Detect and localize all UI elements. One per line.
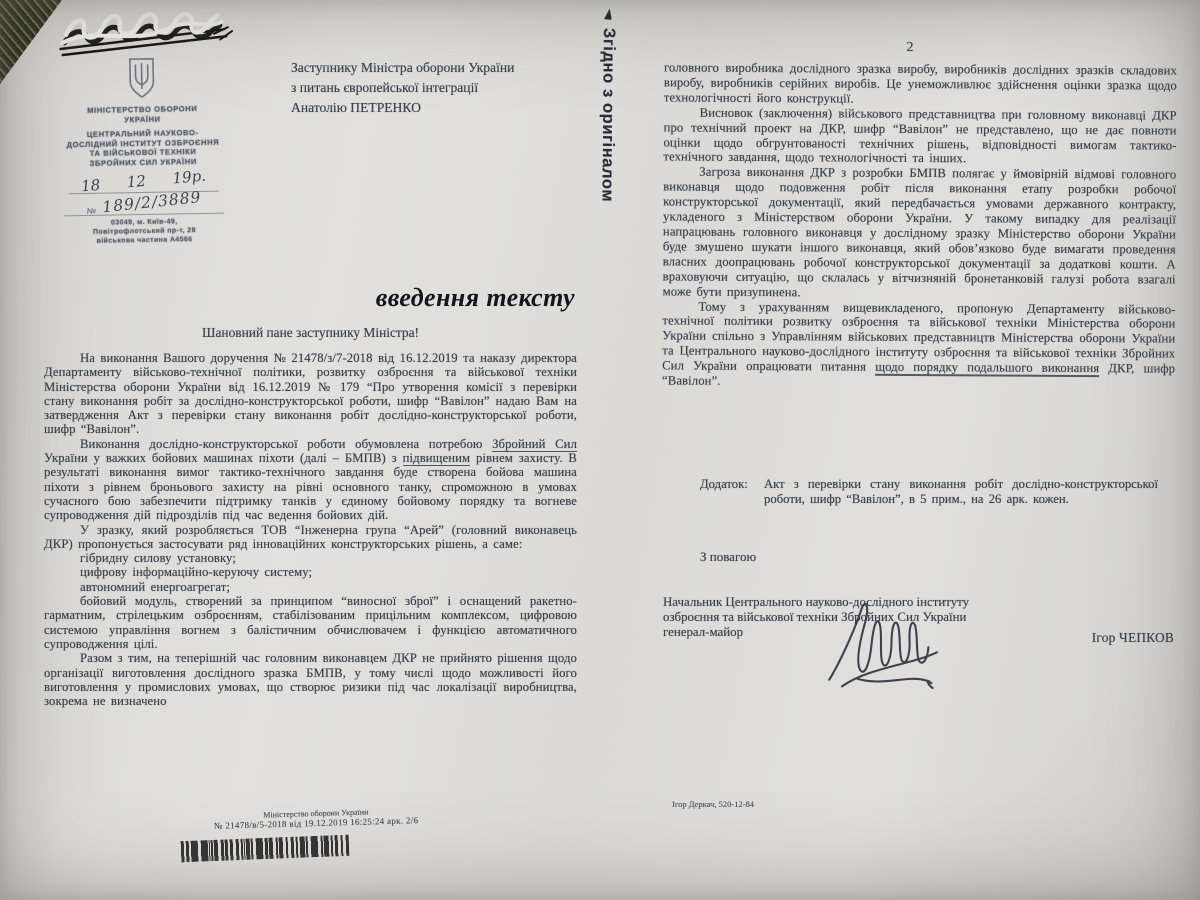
stamp-org-line: УКРАЇНИ xyxy=(44,113,240,126)
stamp-number-prefix: № xyxy=(86,206,97,216)
underlined-text: підвищеним xyxy=(403,451,471,466)
executor-footer: Ігор Деркач, 520-12-84 xyxy=(672,799,754,809)
crossed-out-handwriting xyxy=(51,3,243,62)
registration-footer: Міністерство оборони України № 21478/в/5… xyxy=(148,804,484,832)
paragraph: Тому з урахуванням вищевикладеного, проп… xyxy=(662,299,1176,392)
barcode xyxy=(181,835,350,862)
paragraph: На виконання Вашого доручення № 21478/з/… xyxy=(44,351,577,437)
handwritten-signature xyxy=(813,590,951,703)
paragraph: Разом з тим, на теперішній час головним … xyxy=(44,651,577,708)
paragraph: Виконання дослідно-конструкторської робо… xyxy=(44,437,577,523)
list-item: цифрову інформаційно-керуючу систему; xyxy=(44,565,577,579)
paragraph: Загроза виконання ДКР з розробки БМПВ по… xyxy=(663,165,1177,302)
attachment-label: Додаток: xyxy=(700,477,764,507)
watermark-text: введення тексту xyxy=(295,283,575,313)
scanned-document: МІНІСТЕРСТВО ОБОРОНИ УКРАЇНИ ЦЕНТРАЛЬНИЙ… xyxy=(0,0,1200,900)
addressee-line: з питань європейської інтеграції xyxy=(291,78,576,98)
certification-vertical-text: Згідно з оригіналом xyxy=(597,28,618,202)
paragraph: головного виробника дослідного зразка ви… xyxy=(664,60,1177,108)
addressee-line: Анатолію ПЕТРЕНКО xyxy=(291,98,576,118)
underlined-text: щодо порядку подальшого виконання xyxy=(875,360,1099,377)
list-item: гібридну силову установку; xyxy=(44,551,577,565)
closing-phrase: З повагою xyxy=(700,549,756,565)
list-item: автономний енергоагрегат; xyxy=(44,580,577,594)
paragraph: бойовий модуль, створений за принципом “… xyxy=(44,594,577,651)
paragraph: У зразку, який розробляється ТОВ “Інжене… xyxy=(44,523,577,552)
attachment-block: Додаток: Акт з перевірки стану виконання… xyxy=(700,477,1158,507)
addressee-line: Заступнику Міністра оборони України xyxy=(291,58,576,78)
paragraph-text: Виконання дослідно-конструкторської робо… xyxy=(80,437,492,451)
trident-emblem-icon xyxy=(124,56,159,101)
underlined-text: Збройний Сил xyxy=(492,437,577,452)
paragraph-text: України у важких бойових машинах піхоти … xyxy=(44,451,403,465)
right-page-body: головного виробника дослідного зразка ви… xyxy=(662,60,1177,391)
page-number: 2 xyxy=(660,40,1160,56)
left-page-body: На виконання Вашого доручення № 21478/з/… xyxy=(44,351,577,708)
check-mark-icon xyxy=(604,9,616,23)
salutation: Шановний пане заступнику Міністра! xyxy=(44,325,577,341)
paragraph: Висновок (заключення) військового предст… xyxy=(663,105,1176,168)
institute-stamp: МІНІСТЕРСТВО ОБОРОНИ УКРАЇНИ ЦЕНТРАЛЬНИЙ… xyxy=(43,54,242,246)
signer-name: Ігор ЧЕПКОВ xyxy=(1092,630,1174,645)
addressee-block: Заступнику Міністра оборони України з пи… xyxy=(291,58,576,118)
attachment-text: Акт з перевірки стану виконання робіт до… xyxy=(764,477,1158,507)
